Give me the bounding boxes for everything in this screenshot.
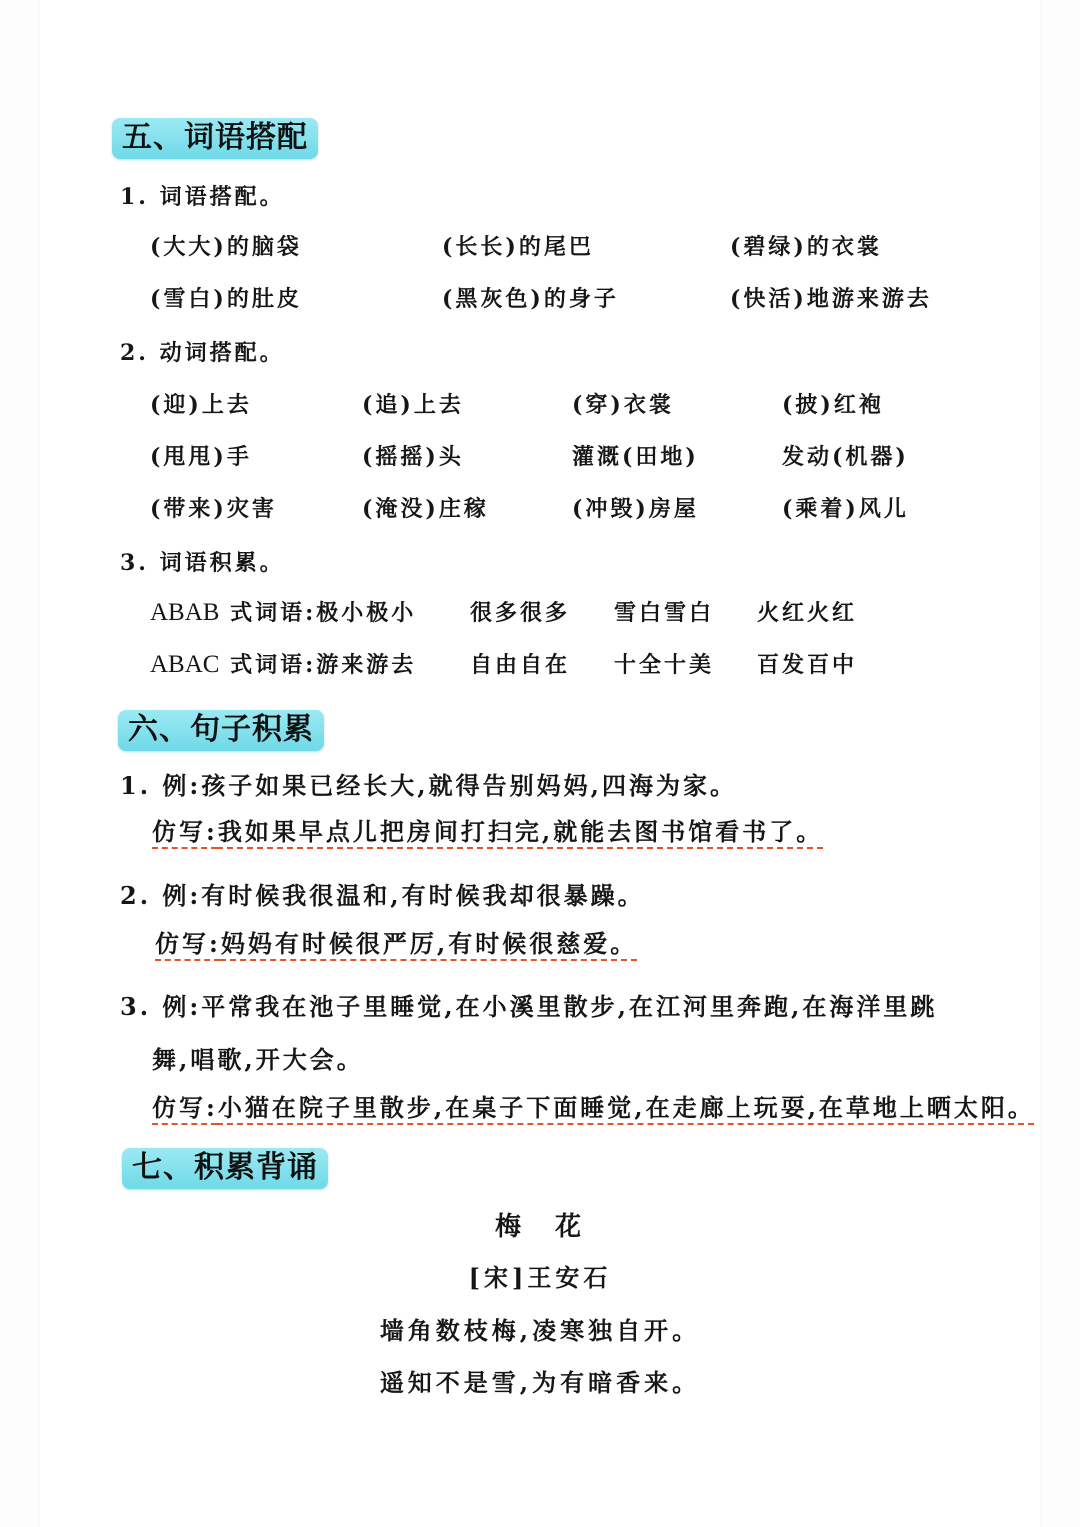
verb-pair: (乘着)风儿 — [782, 492, 909, 523]
poem-line: 墙角数枝梅,凌寒独自开。 — [0, 1311, 1080, 1346]
abab-label-latin: ABAB — [150, 599, 219, 626]
verb-pair: (冲毁)房屋 — [572, 492, 699, 523]
example-sentence-1: 1. 例:孩子如果已经长大,就得告别妈妈,四海为家。 — [120, 766, 737, 801]
word-pair: (大大)的脑袋 — [150, 230, 302, 261]
abac-word: 自由自在 — [470, 648, 570, 679]
question-title: 1. 词语搭配。 — [120, 180, 285, 211]
verb-pair: (披)红袍 — [782, 388, 884, 419]
imitation-sentence-3: 仿写:小猫在院子里散步,在桌子下面睡觉,在走廊上玩耍,在草地上晒太阳。 — [152, 1088, 1035, 1123]
abac-label-latin: ABAC — [150, 651, 219, 678]
verb-pair: 发动(机器) — [782, 440, 909, 471]
question-title: 2. 动词搭配。 — [120, 336, 285, 367]
imitation-text: 我如果早点儿把房间打扫完,就能去图书馆看书了。 — [218, 817, 823, 846]
imitation-label: 仿写: — [155, 929, 221, 958]
abac-word: 十全十美 — [614, 648, 714, 679]
abab-label-cn: 式词语: — [219, 600, 316, 626]
abab-label: ABAB 式词语:极小极小 — [150, 596, 416, 627]
abab-word: 很多很多 — [470, 596, 570, 627]
word-pair: (快活)地游来游去 — [730, 282, 932, 313]
word-pair: (雪白)的肚皮 — [150, 282, 302, 313]
example-sentence-3-line1: 3. 例:平常我在池子里睡觉,在小溪里散步,在江河里奔跑,在海洋里跳 — [120, 987, 937, 1022]
poem-line: 遥知不是雪,为有暗香来。 — [0, 1363, 1080, 1398]
verb-pair: 灌溉(田地) — [572, 440, 699, 471]
verb-pair: (追)上去 — [362, 388, 464, 419]
imitation-sentence-2: 仿写:妈妈有时候很严厉,有时候很慈爱。 — [155, 924, 637, 959]
abab-word: 火红火红 — [757, 596, 857, 627]
abac-label-cn: 式词语: — [219, 652, 316, 678]
word-pair: (长长)的尾巴 — [442, 230, 594, 261]
verb-pair: (带来)灾害 — [150, 492, 277, 523]
word-pair: (碧绿)的衣裳 — [730, 230, 882, 261]
verb-pair: (摇摇)头 — [362, 440, 464, 471]
example-sentence-2: 2. 例:有时候我很温和,有时候我却很暴躁。 — [120, 876, 645, 911]
imitation-sentence-1: 仿写:我如果早点儿把房间打扫完,就能去图书馆看书了。 — [152, 812, 823, 847]
abab-word: 雪白雪白 — [614, 596, 714, 627]
word-pair: (黑灰色)的身子 — [442, 282, 619, 313]
poem-title: 梅 花 — [0, 1206, 1080, 1243]
abac-label: ABAC 式词语:游来游去 — [150, 648, 416, 679]
abab-word: 极小极小 — [316, 600, 416, 626]
section-title-7: 七、积累背诵 — [122, 1148, 328, 1189]
verb-pair: (迎)上去 — [150, 388, 252, 419]
abac-word: 游来游去 — [316, 652, 416, 678]
poem-author: [宋]王安石 — [0, 1258, 1080, 1293]
example-sentence-3-line2: 舞,唱歌,开大会。 — [152, 1040, 364, 1075]
verb-pair: (甩甩)手 — [150, 440, 252, 471]
section-title-6: 六、句子积累 — [118, 710, 324, 751]
question-title: 3. 词语积累。 — [120, 546, 285, 577]
imitation-label: 仿写: — [152, 817, 218, 846]
abac-word: 百发百中 — [757, 648, 857, 679]
verb-pair: (穿)衣裳 — [572, 388, 674, 419]
section-title-5: 五、词语搭配 — [112, 118, 318, 159]
verb-pair: (淹没)庄稼 — [362, 492, 489, 523]
imitation-label: 仿写: — [152, 1093, 218, 1122]
imitation-text: 小猫在院子里散步,在桌子下面睡觉,在走廊上玩耍,在草地上晒太阳。 — [218, 1093, 1035, 1122]
imitation-text: 妈妈有时候很严厉,有时候很慈爱。 — [221, 929, 637, 958]
